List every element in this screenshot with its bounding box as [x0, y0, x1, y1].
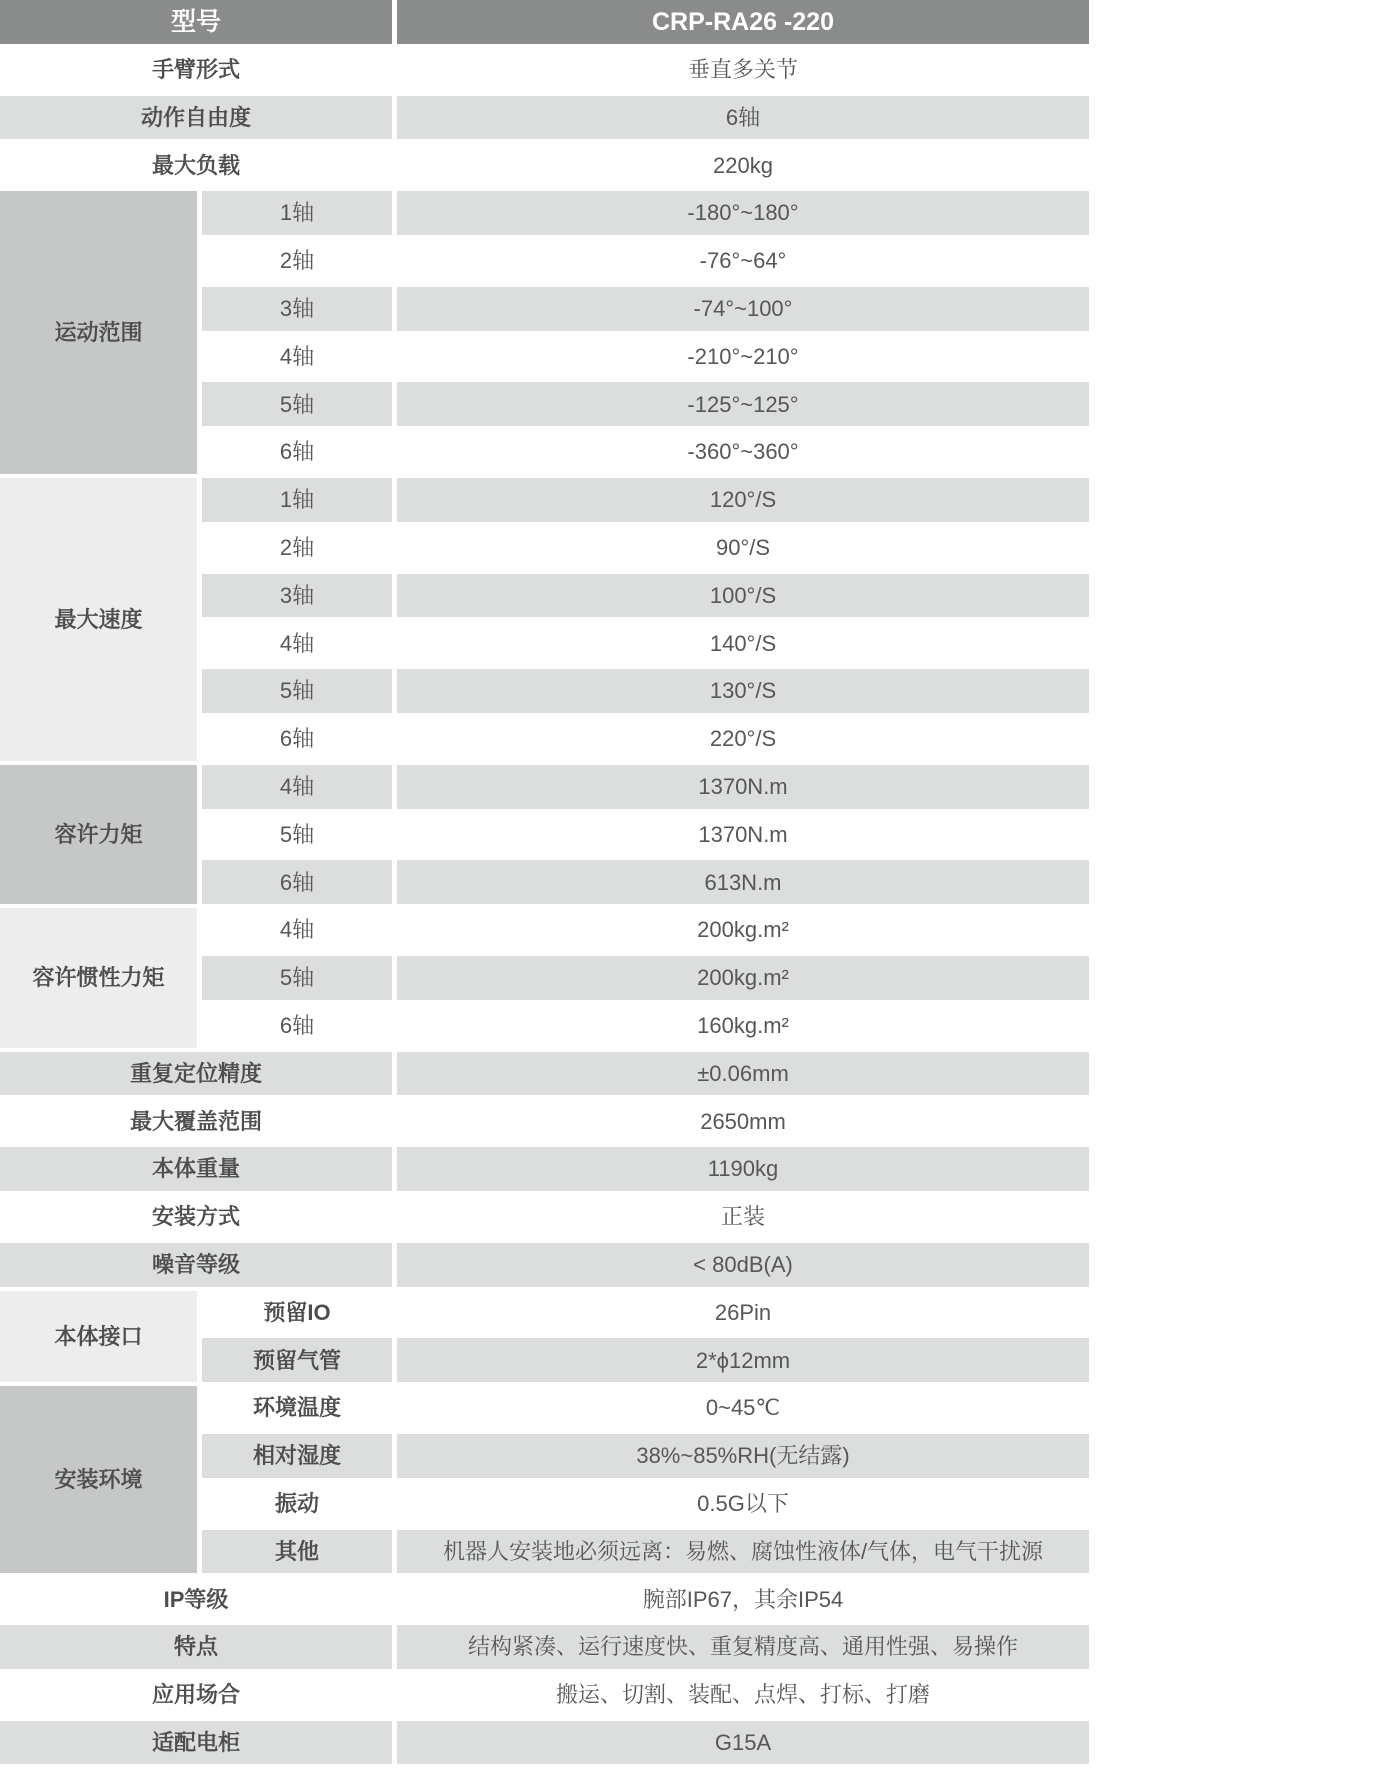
axis-value: 160kg.m²: [397, 1004, 1089, 1048]
sub-label-ambient-temp: 环境温度: [202, 1386, 392, 1430]
row-value-arm-type: 垂直多关节: [397, 48, 1089, 92]
row-label-applications: 应用场合: [0, 1673, 392, 1717]
axis-value: -125°~125°: [397, 382, 1089, 426]
category-motion-range: 运动范围: [0, 191, 197, 474]
row-label-dof: 动作自由度: [0, 96, 392, 140]
axis-value: 220°/S: [397, 717, 1089, 761]
axis-label: 5轴: [202, 382, 392, 426]
axis-label: 6轴: [202, 860, 392, 904]
axis-value: 1370N.m: [397, 813, 1089, 857]
axis-value: 100°/S: [397, 574, 1089, 618]
row-value-applications: 搬运、切割、装配、点焊、打标、打磨: [397, 1673, 1089, 1717]
sub-value-ambient-temp: 0~45℃: [397, 1386, 1089, 1430]
axis-label: 6轴: [202, 1004, 392, 1048]
axis-label: 1轴: [202, 191, 392, 235]
axis-label: 4轴: [202, 908, 392, 952]
sub-value-vibration: 0.5G以下: [397, 1482, 1089, 1526]
row-value-body-weight: 1190kg: [397, 1147, 1089, 1191]
axis-value: -360°~360°: [397, 430, 1089, 474]
sub-value-humidity: 38%~85%RH(无结露): [397, 1434, 1089, 1478]
spec-table: 型号 CRP-RA26 -220 手臂形式 垂直多关节 动作自由度 6轴 最大负…: [0, 0, 1089, 1764]
header-model-value: CRP-RA26 -220: [397, 0, 1089, 44]
axis-label: 5轴: [202, 956, 392, 1000]
sub-label-humidity: 相对湿度: [202, 1434, 392, 1478]
row-value-mounting: 正装: [397, 1195, 1089, 1239]
axis-label: 1轴: [202, 478, 392, 522]
row-value-features: 结构紧凑、运行速度快、重复精度高、通用性强、易操作: [397, 1625, 1089, 1669]
category-allowable-torque: 容许力矩: [0, 765, 197, 904]
axis-value: -210°~210°: [397, 335, 1089, 379]
category-install-environment: 安装环境: [0, 1386, 197, 1573]
axis-label: 2轴: [202, 239, 392, 283]
sub-label-others: 其他: [202, 1530, 392, 1574]
axis-value: 613N.m: [397, 860, 1089, 904]
axis-label: 5轴: [202, 813, 392, 857]
row-label-max-reach: 最大覆盖范围: [0, 1099, 392, 1143]
header-model-label: 型号: [0, 0, 392, 44]
row-label-matching-cabinet: 适配电柜: [0, 1721, 392, 1765]
sub-label-vibration: 振动: [202, 1482, 392, 1526]
axis-label: 3轴: [202, 574, 392, 618]
sub-value-reserved-air: 2*ϕ12mm: [397, 1338, 1089, 1382]
axis-value: 200kg.m²: [397, 956, 1089, 1000]
axis-value: 130°/S: [397, 669, 1089, 713]
row-value-dof: 6轴: [397, 96, 1089, 140]
axis-value: -74°~100°: [397, 287, 1089, 331]
row-label-ip-rating: IP等级: [0, 1577, 392, 1621]
axis-value: 140°/S: [397, 621, 1089, 665]
axis-label: 5轴: [202, 669, 392, 713]
category-max-speed: 最大速度: [0, 478, 197, 761]
row-label-arm-type: 手臂形式: [0, 48, 392, 92]
row-label-features: 特点: [0, 1625, 392, 1669]
axis-label: 4轴: [202, 335, 392, 379]
axis-label: 4轴: [202, 621, 392, 665]
row-label-repeatability: 重复定位精度: [0, 1052, 392, 1096]
axis-value: 1370N.m: [397, 765, 1089, 809]
axis-value: 200kg.m²: [397, 908, 1089, 952]
category-body-interface: 本体接口: [0, 1291, 197, 1383]
axis-label: 3轴: [202, 287, 392, 331]
axis-label: 6轴: [202, 717, 392, 761]
row-label-mounting: 安装方式: [0, 1195, 392, 1239]
sub-label-reserved-air: 预留气管: [202, 1338, 392, 1382]
axis-label: 2轴: [202, 526, 392, 570]
row-label-noise-level: 噪音等级: [0, 1243, 392, 1287]
row-value-ip-rating: 腕部IP67，其余IP54: [397, 1577, 1089, 1621]
row-value-max-reach: 2650mm: [397, 1099, 1089, 1143]
row-value-repeatability: ±0.06mm: [397, 1052, 1089, 1096]
row-value-noise-level: < 80dB(A): [397, 1243, 1089, 1287]
axis-label: 6轴: [202, 430, 392, 474]
axis-value: -180°~180°: [397, 191, 1089, 235]
row-label-max-payload: 最大负载: [0, 143, 392, 187]
row-value-max-payload: 220kg: [397, 143, 1089, 187]
sub-value-reserved-io: 26Pin: [397, 1291, 1089, 1335]
row-value-matching-cabinet: G15A: [397, 1721, 1089, 1765]
axis-value: -76°~64°: [397, 239, 1089, 283]
axis-value: 120°/S: [397, 478, 1089, 522]
row-label-body-weight: 本体重量: [0, 1147, 392, 1191]
axis-value: 90°/S: [397, 526, 1089, 570]
category-allowable-inertia: 容许惯性力矩: [0, 908, 197, 1047]
axis-label: 4轴: [202, 765, 392, 809]
sub-value-others: 机器人安装地必须远离：易燃、腐蚀性液体/气体，电气干扰源: [397, 1530, 1089, 1574]
sub-label-reserved-io: 预留IO: [202, 1291, 392, 1335]
